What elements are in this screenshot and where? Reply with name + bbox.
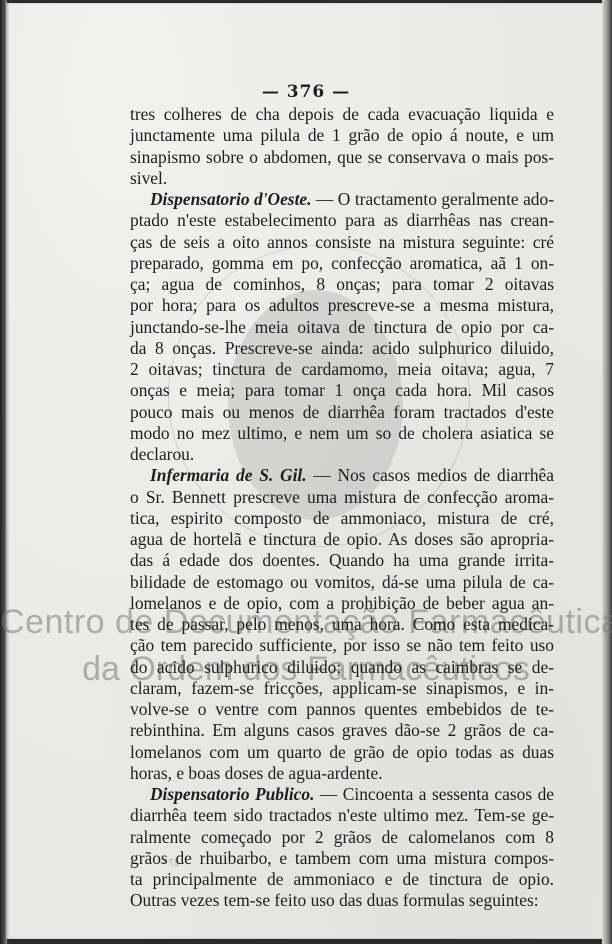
- line-text: ças de seis a oito annos consiste na mis…: [130, 232, 554, 252]
- section-heading: Infermaria de S. Gil.: [150, 465, 307, 485]
- line-text: horas, e boas doses de agua-ardente.: [130, 763, 383, 783]
- text-line: ralmente começado por 2 grãos de calomel…: [130, 827, 554, 848]
- line-text: — O tractamento geralmente ado-: [311, 189, 554, 209]
- line-text: grãos de rhuibarbo, e tambem com uma mis…: [130, 848, 554, 868]
- text-line: ptado n'este estabelecimento para as dia…: [130, 210, 554, 231]
- text-line: ças de seis a oito annos consiste na mis…: [130, 232, 554, 253]
- text-line: lomelanos e de opio, com a prohibição de…: [130, 593, 554, 614]
- section-heading-line: Infermaria de S. Gil. — Nos casos medios…: [130, 465, 554, 486]
- line-text: diarrhêa teem sido tractados n'este ulti…: [130, 805, 554, 825]
- text-line: preparado, gomma em po, confecção aromat…: [130, 253, 554, 274]
- line-text: — Nos casos medios de diarrhêa: [307, 465, 554, 485]
- line-text: bilidade de estomago ou vomitos, dá-se u…: [130, 572, 554, 592]
- text-line: do acido sulphurico diluido; quando as c…: [130, 657, 554, 678]
- text-line: tes de passar, pelo menos, uma hora. Com…: [130, 614, 554, 635]
- text-line: ção tem parecido sufficiente, por isso s…: [130, 635, 554, 656]
- line-text: agua de hortelã e tinctura de opio. As d…: [130, 529, 554, 549]
- text-line: Outras vezes tem-se feito uso das duas f…: [130, 890, 554, 911]
- line-text: ta principalmente de ammoniaco e de tinc…: [130, 869, 554, 889]
- line-text: ptado n'este estabelecimento para as dia…: [130, 210, 554, 230]
- page-edge-right: [602, 0, 612, 944]
- text-line: grãos de rhuibarbo, e tambem com uma mis…: [130, 848, 554, 869]
- text-line: sinapismo sobre o abdomen, que se conser…: [130, 147, 554, 168]
- line-text: lomelanos com um quarto de grão de opio …: [130, 742, 554, 762]
- text-line: lomelanos com um quarto de grão de opio …: [130, 742, 554, 763]
- line-text: junctando-se-lhe meia oitava de tinctura…: [130, 317, 554, 337]
- line-text: rebinthina. Em alguns casos graves dão-s…: [130, 720, 554, 740]
- text-line: diarrhêa teem sido tractados n'este ulti…: [130, 805, 554, 826]
- text-line: ta principalmente de ammoniaco e de tinc…: [130, 869, 554, 890]
- line-text: onças e meia; para tomar 1 onça cada hor…: [130, 380, 554, 400]
- line-text: declarou.: [130, 444, 194, 464]
- line-text: ção tem parecido sufficiente, por isso s…: [130, 635, 554, 655]
- text-line: sivel.: [130, 168, 554, 189]
- section-heading-line: Dispensatorio Publico. — Cincoenta a ses…: [130, 784, 554, 805]
- text-line: tres colheres de cha depois de cada evac…: [130, 104, 554, 125]
- text-line: 2 oitavas; tinctura de cardamomo, meia o…: [130, 359, 554, 380]
- line-text: lomelanos e de opio, com a prohibição de…: [130, 593, 554, 613]
- line-text: o Sr. Bennett prescreve uma mistura de c…: [130, 487, 554, 507]
- line-text: volve-se o ventre com pannos quentes emb…: [130, 699, 554, 719]
- line-text: ralmente começado por 2 grãos de calomel…: [130, 827, 554, 847]
- line-text: sinapismo sobre o abdomen, que se conser…: [130, 147, 554, 167]
- section-heading: Dispensatorio Publico.: [150, 784, 314, 804]
- text-line: da 8 onças. Prescreve-se ainda: acido su…: [130, 338, 554, 359]
- section-heading-line: Dispensatorio d'Oeste. — O tractamento g…: [130, 189, 554, 210]
- text-line: junctando-se-lhe meia oitava de tinctura…: [130, 317, 554, 338]
- section-heading: Dispensatorio d'Oeste.: [150, 189, 311, 209]
- text-line: declarou.: [130, 444, 554, 465]
- text-line: onças e meia; para tomar 1 onça cada hor…: [130, 380, 554, 401]
- text-line: ça; agua de cominhos, 8 onças; para toma…: [130, 274, 554, 295]
- page-number: — 376 —: [0, 82, 612, 102]
- line-text: Outras vezes tem-se feito uso das duas f…: [130, 890, 539, 910]
- line-text: da 8 onças. Prescreve-se ainda: acido su…: [130, 338, 554, 358]
- line-text: por hora; para os adultos prescreve-se a…: [130, 295, 554, 315]
- line-text: sivel.: [130, 168, 167, 188]
- line-text: junctamente uma pilula de 1 grão de opio…: [130, 125, 554, 145]
- line-text: tes de passar, pelo menos, uma hora. Com…: [130, 614, 554, 634]
- text-line: modo no mez ultimo, e nem um so de chole…: [130, 423, 554, 444]
- text-line: das á edade dos doentes. Quando ha uma g…: [130, 550, 554, 571]
- line-text: tres colheres de cha depois de cada evac…: [130, 104, 554, 124]
- text-line: rebinthina. Em alguns casos graves dão-s…: [130, 720, 554, 741]
- text-line: horas, e boas doses de agua-ardente.: [130, 763, 554, 784]
- text-line: pouco mais ou menos de diarrhêa foram tr…: [130, 402, 554, 423]
- text-line: junctamente uma pilula de 1 grão de opio…: [130, 125, 554, 146]
- body-text: tres colheres de cha depois de cada evac…: [130, 104, 554, 912]
- line-text: pouco mais ou menos de diarrhêa foram tr…: [130, 402, 554, 422]
- text-line: volve-se o ventre com pannos quentes emb…: [130, 699, 554, 720]
- line-text: do acido sulphurico diluido; quando as c…: [130, 657, 554, 677]
- line-text: preparado, gomma em po, confecção aromat…: [130, 253, 554, 273]
- text-line: claram, fazem-se fricções, applicam-se s…: [130, 678, 554, 699]
- line-text: — Cincoenta a sessenta casos de: [314, 784, 554, 804]
- line-text: claram, fazem-se fricções, applicam-se s…: [130, 678, 554, 698]
- line-text: 2 oitavas; tinctura de cardamomo, meia o…: [130, 359, 554, 379]
- text-line: tica, espirito composto de ammoniaco, mi…: [130, 508, 554, 529]
- line-text: ça; agua de cominhos, 8 onças; para toma…: [130, 274, 554, 294]
- text-line: bilidade de estomago ou vomitos, dá-se u…: [130, 572, 554, 593]
- line-text: tica, espirito composto de ammoniaco, mi…: [130, 508, 554, 528]
- bleed-through-mark: 27 •: [163, 858, 179, 869]
- text-line: por hora; para os adultos prescreve-se a…: [130, 295, 554, 316]
- text-line: agua de hortelã e tinctura de opio. As d…: [130, 529, 554, 550]
- text-line: o Sr. Bennett prescreve uma mistura de c…: [130, 487, 554, 508]
- line-text: das á edade dos doentes. Quando ha uma g…: [130, 550, 554, 570]
- line-text: modo no mez ultimo, e nem um so de chole…: [130, 423, 554, 443]
